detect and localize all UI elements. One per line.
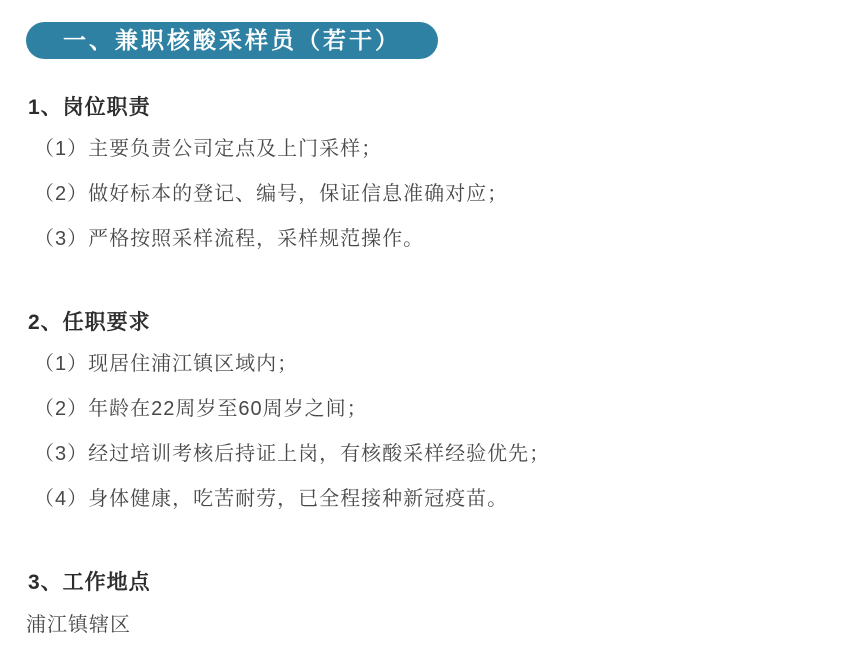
job-posting-content: 一、兼职核酸采样员（若干） 1、岗位职责 （1）主要负责公司定点及上门采样； （…	[0, 0, 865, 648]
list-item: （2）做好标本的登记、编号，保证信息准确对应；	[34, 172, 865, 217]
list-item: （2）年龄在22周岁至60周岁之间；	[34, 387, 865, 432]
section-title-badge: 一、兼职核酸采样员（若干）	[26, 22, 438, 59]
list-item: （3）经过培训考核后持证上岗，有核酸采样经验优先；	[34, 432, 865, 477]
list-item: （1）现居住浦江镇区域内；	[34, 342, 865, 387]
list-item: （4）身体健康，吃苦耐劳，已全程接种新冠疫苗。	[34, 477, 865, 522]
section-heading-location: 3、工作地点	[28, 570, 865, 596]
section-heading-duties: 1、岗位职责	[28, 95, 865, 121]
section-heading-requirements: 2、任职要求	[28, 310, 865, 336]
work-location-text: 浦江镇辖区	[26, 603, 865, 648]
requirements-list: （1）现居住浦江镇区域内； （2）年龄在22周岁至60周岁之间； （3）经过培训…	[34, 342, 865, 522]
job-posting-page: 一、兼职核酸采样员（若干） 1、岗位职责 （1）主要负责公司定点及上门采样； （…	[0, 0, 865, 671]
list-item: （3）严格按照采样流程，采样规范操作。	[34, 217, 865, 262]
list-item: （1）主要负责公司定点及上门采样；	[34, 127, 865, 172]
duties-list: （1）主要负责公司定点及上门采样； （2）做好标本的登记、编号，保证信息准确对应…	[34, 127, 865, 262]
